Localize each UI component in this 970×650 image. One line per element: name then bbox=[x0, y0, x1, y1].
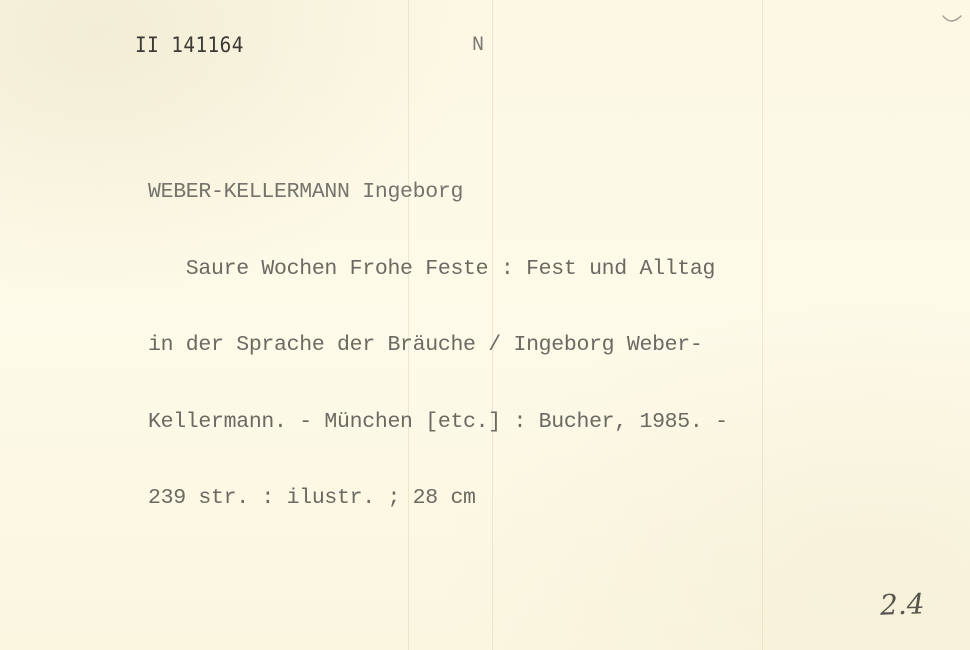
catalog-card: II 141164 N WEBER-KELLERMANN Ingeborg Sa… bbox=[0, 0, 970, 650]
author-heading: WEBER-KELLERMANN Ingeborg bbox=[148, 180, 728, 206]
entry-line-physical-description: 239 str. : ilustr. ; 28 cm bbox=[148, 486, 728, 512]
entry-line-title: Saure Wochen Frohe Feste : Fest und Allt… bbox=[148, 257, 728, 283]
collection-marker: N bbox=[472, 34, 484, 57]
bibliographic-entry: WEBER-KELLERMANN Ingeborg Saure Wochen F… bbox=[148, 129, 728, 563]
paper-fold-line bbox=[762, 0, 763, 650]
entry-line-subtitle: in der Sprache der Bräuche / Ingeborg We… bbox=[148, 333, 728, 359]
call-number: II 141164 bbox=[135, 33, 244, 57]
entry-line-publication: Kellermann. - München [etc.] : Bucher, 1… bbox=[148, 410, 728, 436]
handwritten-note: 2.4 bbox=[879, 587, 925, 622]
check-mark-icon bbox=[942, 14, 962, 26]
